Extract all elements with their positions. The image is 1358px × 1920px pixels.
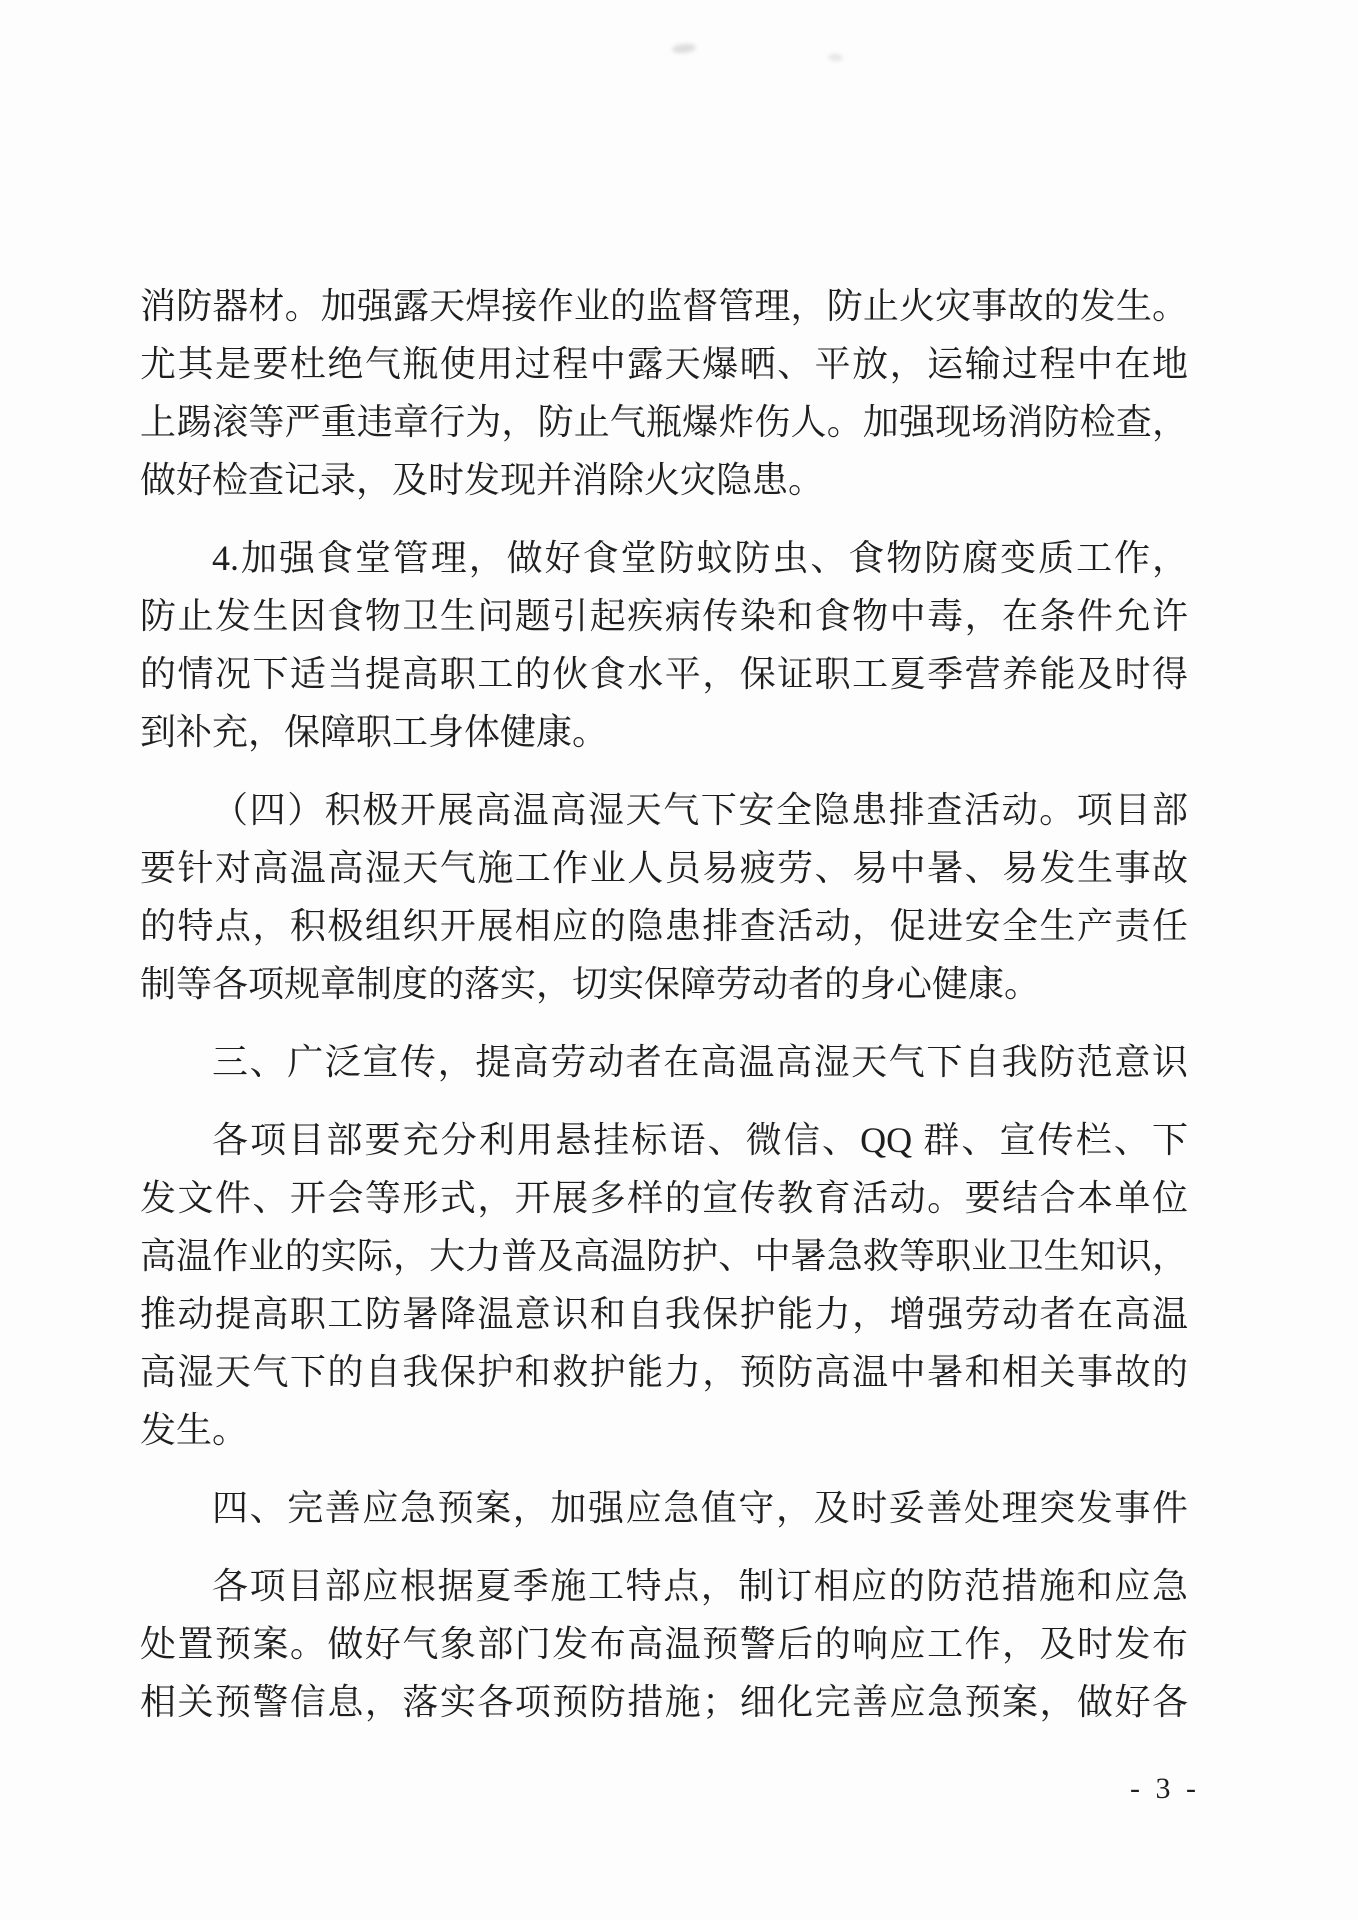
text-line: 防止发生因食物卫生问题引起疾病传染和食物中毒，在条件允许	[140, 587, 1188, 645]
text-line: （四）积极开展高温高湿天气下安全隐患排查活动。项目部	[140, 781, 1188, 839]
section-heading: 三、广泛宣传，提高劳动者在高温高湿天气下自我防范意识	[140, 1033, 1188, 1091]
scan-smudge	[828, 53, 843, 61]
scan-smudge	[672, 43, 697, 54]
text-line: 到补充，保障职工身体健康。	[140, 703, 1188, 761]
text-line: 4.加强食堂管理，做好食堂防蚊防虫、食物防腐变质工作，	[140, 529, 1188, 587]
paragraph: 4.加强食堂管理，做好食堂防蚊防虫、食物防腐变质工作，防止发生因食物卫生问题引起…	[140, 529, 1188, 761]
paragraph: 消防器材。加强露天焊接作业的监督管理，防止火灾事故的发生。尤其是要杜绝气瓶使用过…	[140, 277, 1188, 509]
text-line: 的情况下适当提高职工的伙食水平，保证职工夏季营养能及时得	[140, 645, 1188, 703]
page-number: - 3 -	[1130, 1772, 1200, 1806]
text-line: 处置预案。做好气象部门发布高温预警后的响应工作，及时发布	[140, 1615, 1188, 1673]
document-page: 消防器材。加强露天焊接作业的监督管理，防止火灾事故的发生。尤其是要杜绝气瓶使用过…	[0, 0, 1358, 1920]
text-line: 四、完善应急预案，加强应急值守，及时妥善处理突发事件	[140, 1479, 1188, 1537]
paragraph: （四）积极开展高温高湿天气下安全隐患排查活动。项目部要针对高温高湿天气施工作业人…	[140, 781, 1188, 1013]
text-line: 要针对高温高湿天气施工作业人员易疲劳、易中暑、易发生事故	[140, 839, 1188, 897]
text-line: 三、广泛宣传，提高劳动者在高温高湿天气下自我防范意识	[140, 1033, 1188, 1091]
text-line: 发文件、开会等形式，开展多样的宣传教育活动。要结合本单位	[140, 1169, 1188, 1227]
paragraph: 各项目部应根据夏季施工特点，制订相应的防范措施和应急处置预案。做好气象部门发布高…	[140, 1557, 1188, 1731]
text-line: 做好检查记录，及时发现并消除火灾隐患。	[140, 451, 1188, 509]
text-line: 制等各项规章制度的落实，切实保障劳动者的身心健康。	[140, 955, 1188, 1013]
text-line: 推动提高职工防暑降温意识和自我保护能力，增强劳动者在高温	[140, 1285, 1188, 1343]
text-line: 各项目部要充分利用悬挂标语、微信、QQ 群、宣传栏、下	[140, 1111, 1188, 1169]
paragraph: 各项目部要充分利用悬挂标语、微信、QQ 群、宣传栏、下发文件、开会等形式，开展多…	[140, 1111, 1188, 1459]
text-line: 消防器材。加强露天焊接作业的监督管理，防止火灾事故的发生。	[140, 277, 1188, 335]
text-line: 相关预警信息，落实各项预防措施；细化完善应急预案，做好各	[140, 1673, 1188, 1731]
text-line: 高温作业的实际，大力普及高温防护、中暑急救等职业卫生知识，	[140, 1227, 1188, 1285]
document-body: 消防器材。加强露天焊接作业的监督管理，防止火灾事故的发生。尤其是要杜绝气瓶使用过…	[140, 277, 1188, 1731]
text-line: 尤其是要杜绝气瓶使用过程中露天爆晒、平放，运输过程中在地	[140, 335, 1188, 393]
text-line: 上踢滚等严重违章行为，防止气瓶爆炸伤人。加强现场消防检查，	[140, 393, 1188, 451]
text-line: 各项目部应根据夏季施工特点，制订相应的防范措施和应急	[140, 1557, 1188, 1615]
section-heading: 四、完善应急预案，加强应急值守，及时妥善处理突发事件	[140, 1479, 1188, 1537]
text-line: 的特点，积极组织开展相应的隐患排查活动，促进安全生产责任	[140, 897, 1188, 955]
text-line: 发生。	[140, 1401, 1188, 1459]
text-line: 高湿天气下的自我保护和救护能力，预防高温中暑和相关事故的	[140, 1343, 1188, 1401]
